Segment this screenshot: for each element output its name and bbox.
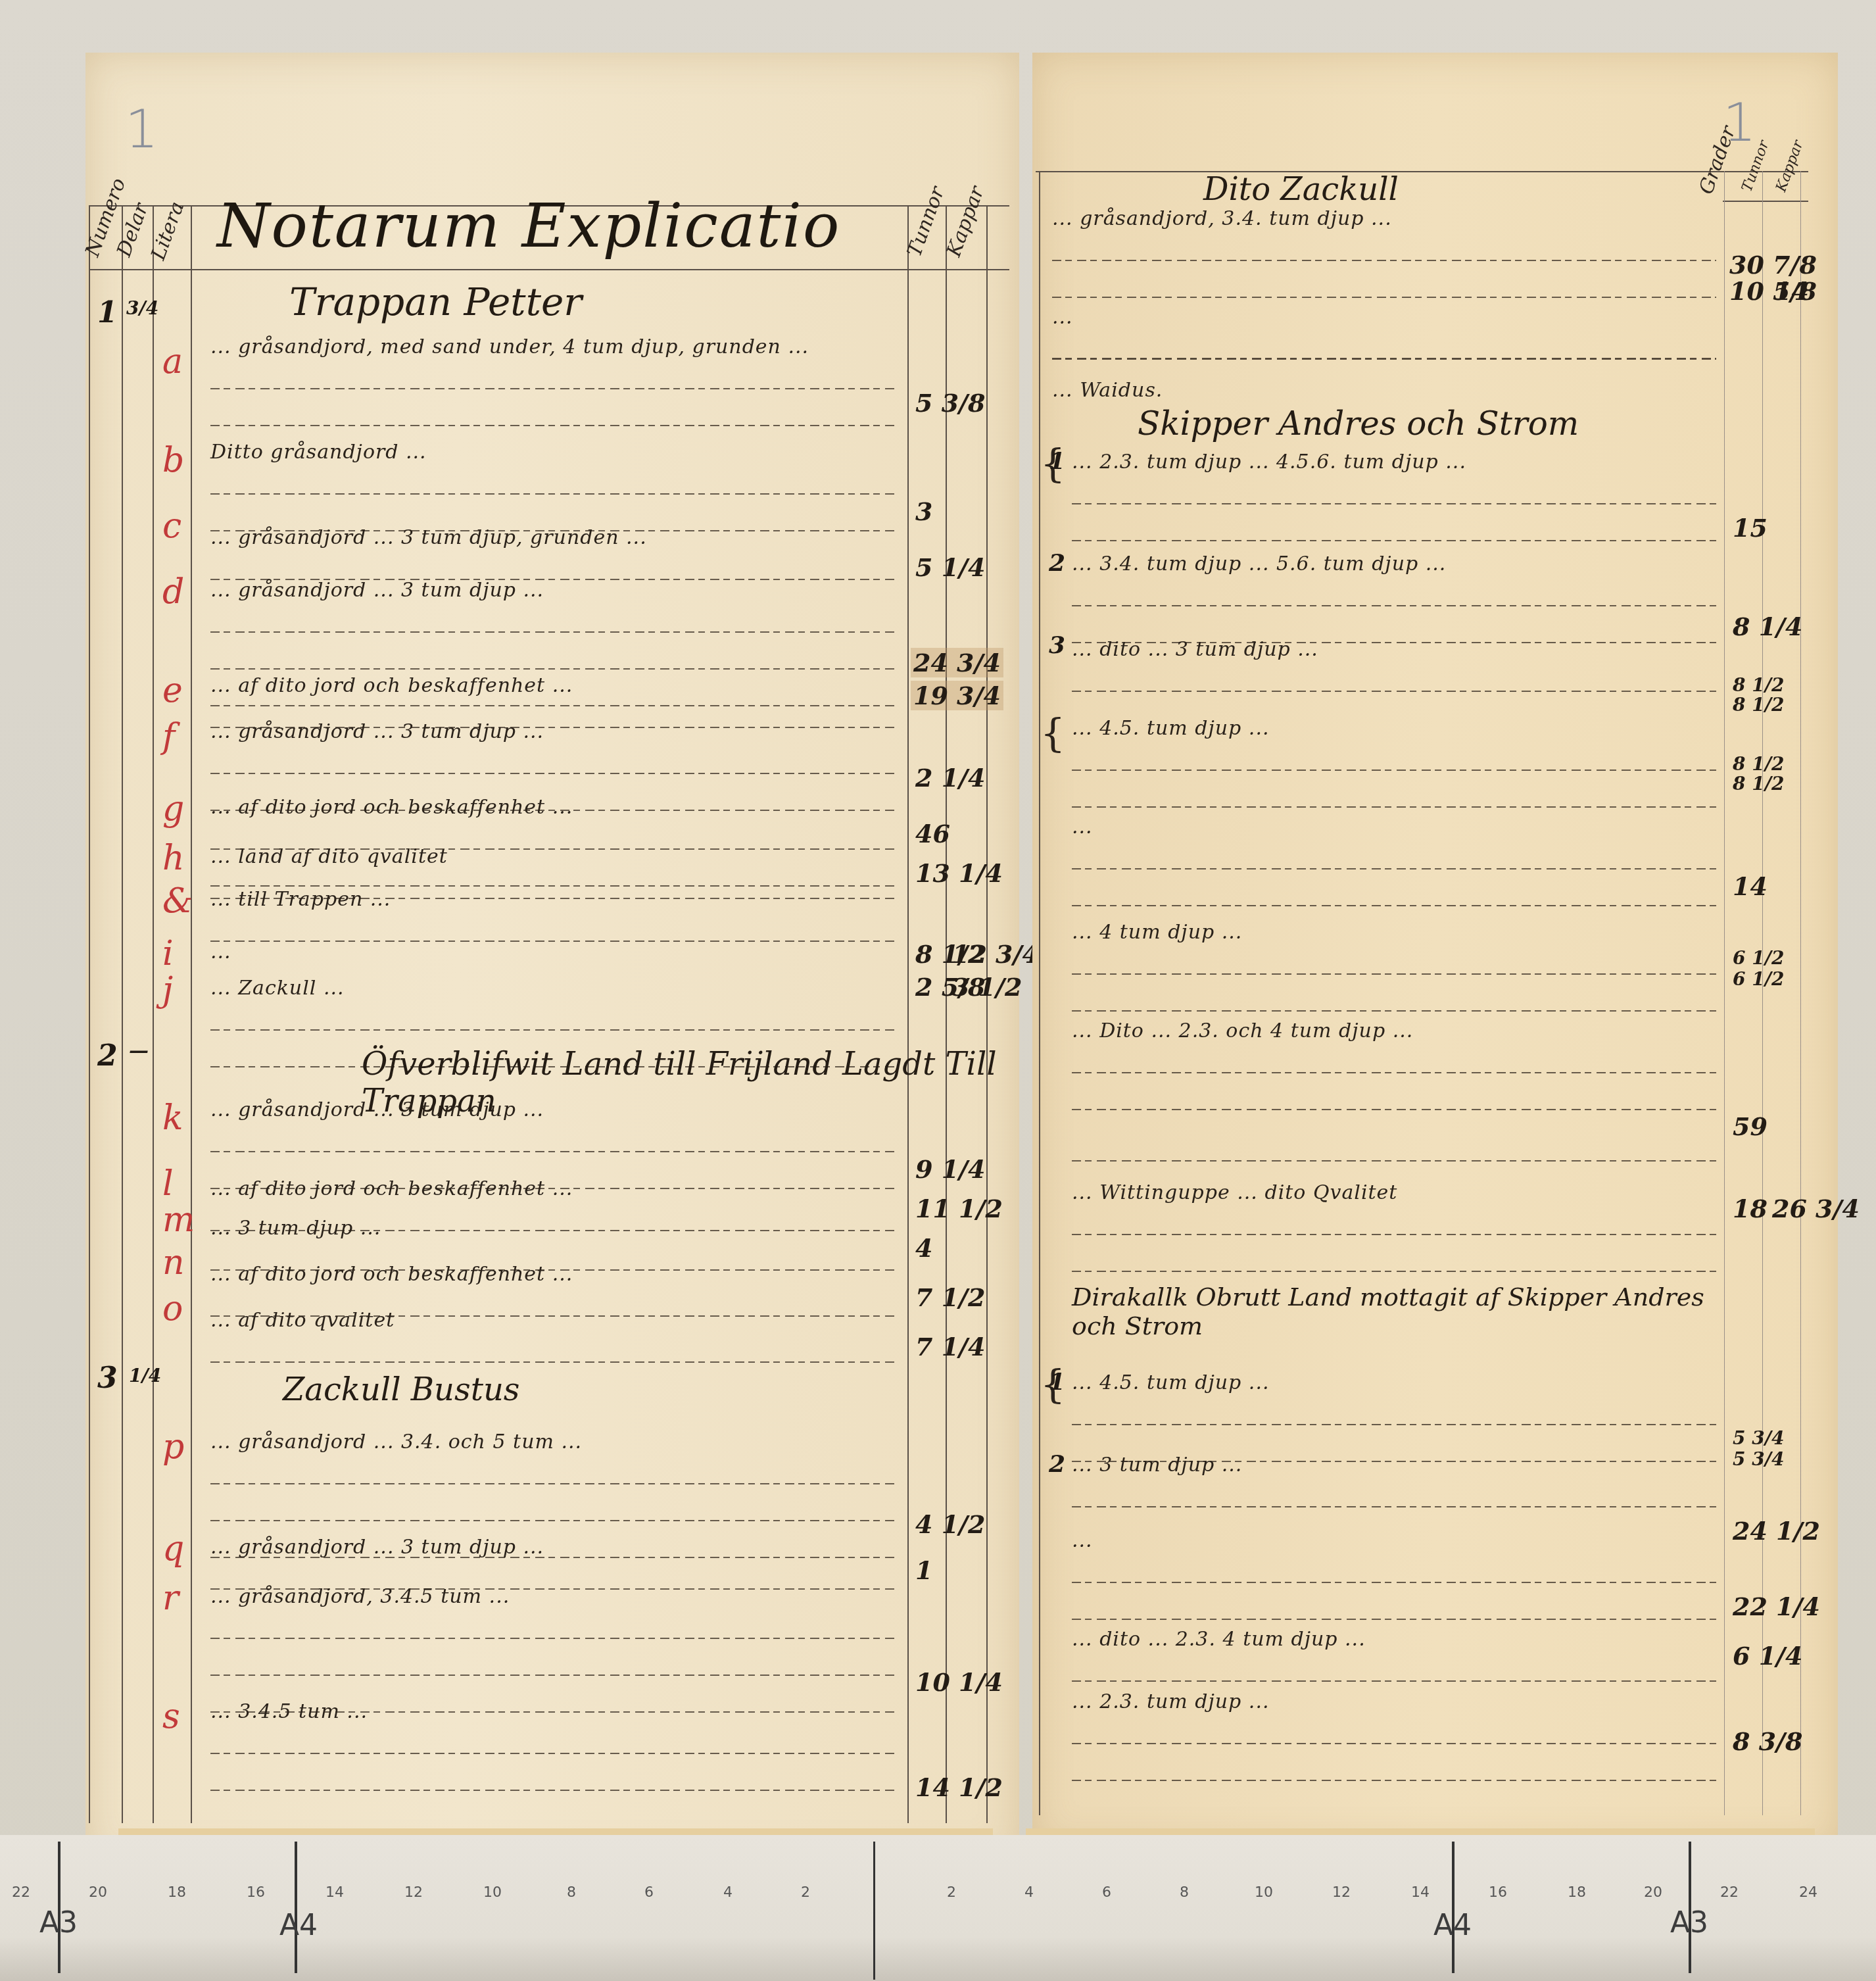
entry-text-line: ... 3 tum djup ... bbox=[1072, 1454, 1242, 1477]
entry-text-line: ... Zackull ... bbox=[210, 977, 345, 1000]
entry-text-line: ... gråsandjord ... 3.4. och 5 tum ... bbox=[210, 1431, 582, 1454]
ruler-label: 24 bbox=[1799, 1884, 1817, 1901]
kappar-value: 26 3/4 bbox=[1772, 1194, 1860, 1223]
col-rule bbox=[1724, 171, 1725, 1815]
kappar-value: 3 1/2 bbox=[952, 972, 1022, 1002]
ruler-label: 16 bbox=[1489, 1884, 1507, 1901]
litera-k: k bbox=[162, 1098, 183, 1138]
entry-text-line: ... 4.5. tum djup ... bbox=[1072, 1371, 1269, 1394]
delar-value: — bbox=[129, 1039, 149, 1062]
delar-value: 1/4 bbox=[129, 1365, 161, 1386]
tunnor-value: 22 1/4 bbox=[1733, 1592, 1820, 1621]
col-rule bbox=[907, 205, 909, 1823]
entry-text-line: ... 3.4. tum djup ... 5.6. tum djup ... bbox=[1072, 552, 1446, 575]
entry-text: ... 2.3. tum djup ... 4.5.6. tum djup ..… bbox=[1072, 444, 1716, 554]
folio-number-left: 1 bbox=[125, 99, 158, 160]
paper-size-marker: A4 bbox=[1433, 1909, 1472, 1942]
ruler-label: 4 bbox=[723, 1884, 733, 1901]
litera-a: a bbox=[162, 342, 183, 381]
handwriting-line bbox=[1072, 1248, 1716, 1285]
entry-text-line: ... gråsandjord, 3.4.5 tum ... bbox=[210, 1585, 510, 1608]
handwriting-line bbox=[210, 1615, 894, 1652]
entry-text: ... gråsandjord, med sand under, 4 tum d… bbox=[210, 329, 894, 439]
numero-value: 2 bbox=[97, 1039, 118, 1073]
litera-o: o bbox=[162, 1289, 183, 1329]
entry-text: ... 3 tum djup ... bbox=[1072, 1447, 1716, 1521]
entry-text-line: ... gråsandjord ... 3 tum djup ... bbox=[210, 579, 544, 602]
tunnor-value: 24 3/4 bbox=[911, 648, 1003, 677]
col-header-kappar: Kappar bbox=[1773, 138, 1807, 194]
ruler-major-tick bbox=[1452, 1842, 1455, 1973]
handwriting-line bbox=[1072, 1721, 1716, 1757]
entry-text-line: ... land af dito qvalitet bbox=[210, 845, 448, 868]
right-page: 1 Grader Tunnor Kappar Dito Zackull ... … bbox=[1032, 53, 1838, 1848]
ruler-label: 6 bbox=[644, 1884, 654, 1901]
handwriting-line bbox=[1072, 1402, 1716, 1438]
tunnor-value: 7 1/2 bbox=[915, 1283, 985, 1312]
ruler-label: 8 bbox=[567, 1884, 576, 1901]
entry-text-line: ... Wittinguppe ... dito Qvalitet bbox=[1072, 1181, 1397, 1204]
litera-ampersand: & bbox=[162, 881, 193, 921]
entry-text-line: ... gråsandjord ... 3 tum djup ... bbox=[210, 1536, 544, 1559]
tunnor-value: 11 1/2 bbox=[915, 1194, 1003, 1223]
numero-value: 1 bbox=[97, 296, 118, 330]
entry-text-line: ... af dito jord och beskaffenhet ... bbox=[210, 1263, 573, 1286]
ruler-label: 2 bbox=[947, 1884, 956, 1901]
ruler-major-tick bbox=[295, 1842, 297, 1973]
handwriting-line bbox=[210, 366, 894, 403]
entry-text: ... 2.3. tum djup ... bbox=[1072, 1684, 1716, 1794]
litera-b: b bbox=[162, 441, 184, 480]
litera-m: m bbox=[162, 1200, 195, 1240]
handwriting-line bbox=[1072, 668, 1716, 705]
entry-text: ... 4 tum djup ... bbox=[1072, 914, 1716, 1025]
entry-text-line: ... af dito jord och beskaffenhet ... bbox=[210, 1177, 573, 1200]
handwriting-line bbox=[210, 1007, 894, 1044]
section-heading: Zackull Bustus bbox=[283, 1371, 519, 1408]
entry-text: ... gråsandjord, 3.4. tum djup ... bbox=[1052, 201, 1716, 311]
handwriting-line bbox=[1052, 335, 1716, 372]
handwriting-line bbox=[1072, 1087, 1716, 1123]
entry-text-line: ... bbox=[1052, 306, 1073, 329]
ruler-label: 20 bbox=[1644, 1884, 1662, 1901]
col-rule bbox=[153, 205, 154, 1823]
section-heading: Dirakallk Obrutt Land mottagit af Skippe… bbox=[1072, 1283, 1716, 1340]
entry-text: ... 3.4.5 tum ... bbox=[210, 1694, 894, 1804]
handwriting-line bbox=[1072, 583, 1716, 620]
entry-text-line: ... Dito ... 2.3. och 4 tum djup ... bbox=[1072, 1019, 1413, 1042]
entry-text: ... Waidus. bbox=[1052, 335, 1716, 409]
col-rule bbox=[986, 205, 988, 1823]
litera-l: l bbox=[162, 1164, 174, 1204]
entry-number: 2 bbox=[1049, 549, 1065, 577]
handwriting-line bbox=[210, 750, 894, 787]
entry-text-line: ... 4 tum djup ... bbox=[1072, 921, 1242, 944]
handwriting-line bbox=[210, 471, 894, 508]
tunnor-value: 4 bbox=[915, 1233, 932, 1263]
header-bottom-rule bbox=[89, 269, 1009, 270]
tunnor-value: 8 1/2 bbox=[1733, 694, 1784, 716]
kappar-value: 14 bbox=[1774, 276, 1809, 306]
handwriting-line bbox=[1072, 1211, 1716, 1248]
ruler-label: 6 bbox=[1102, 1884, 1111, 1901]
ruler-label: 18 bbox=[1568, 1884, 1586, 1901]
tunnor-value: 24 1/2 bbox=[1733, 1516, 1820, 1546]
ruler-label: 18 bbox=[168, 1884, 186, 1901]
col-rule bbox=[89, 205, 90, 1823]
ruler-label: 14 bbox=[325, 1884, 344, 1901]
tunnor-value: 46 bbox=[915, 819, 950, 848]
handwriting-line bbox=[1072, 1757, 1716, 1794]
handwriting-line bbox=[1072, 1050, 1716, 1087]
entry-text-line: ... 3.4.5 tum ... bbox=[210, 1700, 368, 1723]
entry-text-line: ... Waidus. bbox=[1052, 379, 1163, 402]
litera-n: n bbox=[162, 1243, 185, 1283]
tunnor-value: 8 3/8 bbox=[1733, 1726, 1802, 1756]
entry-text-line: ... till Trappen ... bbox=[210, 888, 391, 911]
handwriting-line bbox=[1072, 846, 1716, 883]
paper-size-marker: A3 bbox=[1670, 1906, 1708, 1940]
entry-text: ... Dito ... 2.3. och 4 tum djup ... bbox=[1072, 1013, 1716, 1123]
litera-r: r bbox=[162, 1578, 179, 1618]
tunnor-value: 8 1/2 bbox=[1733, 773, 1784, 795]
litera-q: q bbox=[162, 1529, 184, 1569]
tunnor-value: 7 1/4 bbox=[915, 1332, 985, 1361]
entry-text: ... dito ... 3 tum djup ... bbox=[1072, 631, 1716, 705]
litera-j: j bbox=[162, 970, 173, 1010]
handwriting-line bbox=[210, 1767, 894, 1804]
handwriting-line bbox=[1072, 747, 1716, 784]
handwriting-line bbox=[1072, 1559, 1716, 1596]
numero-value: 3 bbox=[97, 1361, 118, 1395]
tunnor-value: 1 bbox=[915, 1555, 932, 1585]
kappar-value: 12 3/4 bbox=[952, 939, 1040, 969]
ruler-label: 2 bbox=[801, 1884, 810, 1901]
handwriting-line bbox=[1072, 1484, 1716, 1521]
tunnor-value: 14 1/2 bbox=[915, 1773, 1003, 1802]
tunnor-value: 15 bbox=[1733, 513, 1768, 543]
entry-text-line: Ditto gråsandjord ... bbox=[210, 441, 427, 464]
tunnor-value: 8 1/2 bbox=[1733, 674, 1784, 696]
ruler-label: 16 bbox=[247, 1884, 265, 1901]
tunnor-value: 8 1/2 bbox=[1733, 753, 1784, 775]
entry-text-line: ... dito ... 2.3. 4 tum djup ... bbox=[1072, 1628, 1366, 1651]
left-page: 1 Numero Delar Litera Tunnor Kappar Nota… bbox=[85, 53, 1019, 1861]
col-rule bbox=[1039, 171, 1040, 1815]
entry-text-line: ... af dito jord och beskaffenhet ... bbox=[210, 674, 573, 697]
ruler-label: 12 bbox=[1332, 1884, 1351, 1901]
ruler-label: 20 bbox=[89, 1884, 107, 1901]
entry-text-line: ... bbox=[1072, 816, 1093, 839]
ruler-label: 12 bbox=[404, 1884, 423, 1901]
handwriting-line bbox=[210, 609, 894, 646]
entry-text: ... bbox=[210, 934, 894, 971]
entry-text-line: ... 2.3. tum djup ... 4.5.6. tum djup ..… bbox=[1072, 451, 1466, 474]
header-bottom-rule bbox=[1723, 201, 1808, 202]
litera-s: s bbox=[162, 1697, 180, 1736]
entry-text-line: ... gråsandjord ... 3 tum djup ... bbox=[210, 720, 544, 743]
handwriting-line bbox=[1072, 481, 1716, 518]
entry-text: ... af dito qvalitet bbox=[210, 1302, 894, 1376]
paper-size-marker: A4 bbox=[279, 1909, 318, 1942]
tunnor-value: 6 1/4 bbox=[1733, 1641, 1802, 1671]
entry-text-line: ... 2.3. tum djup ... bbox=[1072, 1690, 1269, 1713]
litera-i: i bbox=[162, 934, 174, 973]
entry-text-line: ... af dito qvalitet bbox=[210, 1309, 395, 1332]
entry-text-line: ... bbox=[1072, 1529, 1093, 1552]
tunnor-value: 2 1/4 bbox=[915, 763, 985, 793]
scan-ruler: 22 20 18 16 14 12 10 8 6 4 2 2 4 6 8 10 … bbox=[0, 1835, 1876, 1981]
tunnor-value: 59 bbox=[1733, 1112, 1768, 1141]
ruler-label: 10 bbox=[483, 1884, 502, 1901]
tunnor-value: 8 1/4 bbox=[1733, 612, 1802, 641]
entry-text-line: ... gråsandjord ... 3 tum djup, grunden … bbox=[210, 526, 647, 549]
col-rule bbox=[122, 205, 123, 1823]
tunnor-value: 4 1/2 bbox=[915, 1509, 985, 1539]
entry-number: 1 bbox=[1049, 447, 1065, 475]
litera-c: c bbox=[162, 506, 181, 546]
section-heading: Trappan Petter bbox=[289, 280, 582, 324]
litera-g: g bbox=[162, 789, 184, 829]
litera-p: p bbox=[162, 1427, 184, 1467]
handwriting-line bbox=[210, 1461, 894, 1498]
delar-value: 3/4 bbox=[126, 297, 158, 319]
ruler-label: 4 bbox=[1024, 1884, 1034, 1901]
handwriting-line bbox=[210, 1652, 894, 1689]
entry-text: ... 4.5. tum djup ... bbox=[1072, 710, 1716, 821]
col-rule bbox=[1762, 171, 1763, 1815]
tunnor-value: 5 1/4 bbox=[915, 552, 985, 582]
entry-number: 2 bbox=[1049, 1450, 1065, 1478]
header-top-rule bbox=[1036, 171, 1808, 172]
col-header-tunnor: Tunnor bbox=[903, 183, 950, 260]
ruler-label: 8 bbox=[1180, 1884, 1189, 1901]
entry-text-line: ... gråsandjord, med sand under, 4 tum d… bbox=[210, 335, 809, 358]
tunnor-value: 14 bbox=[1733, 871, 1768, 901]
section-heading: Skipper Andres och Strom bbox=[1138, 404, 1579, 443]
col-rule bbox=[191, 205, 192, 1823]
tunnor-value: 18 bbox=[1733, 1194, 1768, 1223]
handwriting-line bbox=[210, 1339, 894, 1376]
entry-number: 3 bbox=[1049, 631, 1065, 659]
entry-bracket: { bbox=[1040, 710, 1065, 756]
tunnor-value: 5 3/4 bbox=[1733, 1448, 1784, 1470]
col-rule bbox=[946, 205, 947, 1823]
entry-text-line: ... gråsandjord, 3.4. tum djup ... bbox=[1052, 207, 1392, 230]
tunnor-value: 13 1/4 bbox=[915, 858, 1003, 888]
tunnor-value: 6 1/2 bbox=[1733, 947, 1784, 969]
litera-f: f bbox=[162, 717, 175, 756]
tunnor-value: 5 3/4 bbox=[1733, 1427, 1784, 1449]
tunnor-value: 6 1/2 bbox=[1733, 968, 1784, 990]
entry-text: ... bbox=[1072, 1523, 1716, 1633]
col-rule bbox=[1800, 171, 1801, 1815]
ruler-label: 14 bbox=[1411, 1884, 1430, 1901]
col-header-grader: Grader bbox=[1695, 123, 1741, 197]
entry-text-line: ... 4.5. tum djup ... bbox=[1072, 717, 1269, 740]
paper-size-marker: A3 bbox=[39, 1906, 78, 1940]
page-title: Notarum Explicatio bbox=[217, 191, 840, 261]
ruler-label: 22 bbox=[12, 1884, 30, 1901]
handwriting-line bbox=[1072, 951, 1716, 988]
litera-e: e bbox=[162, 671, 183, 710]
handwriting-line bbox=[1052, 237, 1716, 274]
ruler-label: 22 bbox=[1720, 1884, 1739, 1901]
tunnor-value: 30 7/8 bbox=[1729, 250, 1817, 280]
col-header-kappar: Kappar bbox=[942, 183, 989, 260]
tunnor-value: 3 bbox=[915, 497, 932, 526]
tunnor-value: 19 3/4 bbox=[911, 681, 1003, 710]
entry-number: 1 bbox=[1049, 1368, 1065, 1396]
entry-text-line: ... af dito jord och beskaffenhet ... bbox=[210, 796, 573, 819]
handwriting-line bbox=[210, 1730, 894, 1767]
entry-text: ... bbox=[1072, 809, 1716, 919]
entry-text: ... Wittinguppe ... dito Qvalitet bbox=[1072, 1138, 1716, 1285]
handwriting-line bbox=[1072, 1138, 1716, 1175]
handwriting-line bbox=[210, 1129, 894, 1165]
tunnor-value: 10 1/4 bbox=[915, 1667, 1003, 1697]
ruler-label: 10 bbox=[1255, 1884, 1273, 1901]
litera-d: d bbox=[162, 572, 184, 612]
tunnor-value: 9 1/4 bbox=[915, 1154, 985, 1184]
entry-text-line: ... bbox=[210, 941, 231, 964]
entry-text-line: ... gråsandjord ... 3 tum djup ... bbox=[210, 1098, 544, 1121]
entry-text-line: ... dito ... 3 tum djup ... bbox=[1072, 638, 1318, 661]
ruler-center-tick bbox=[873, 1842, 875, 1980]
litera-h: h bbox=[162, 839, 185, 878]
tunnor-value: 5 3/8 bbox=[915, 388, 985, 418]
entry-text-line: ... 3 tum djup ... bbox=[210, 1217, 381, 1240]
